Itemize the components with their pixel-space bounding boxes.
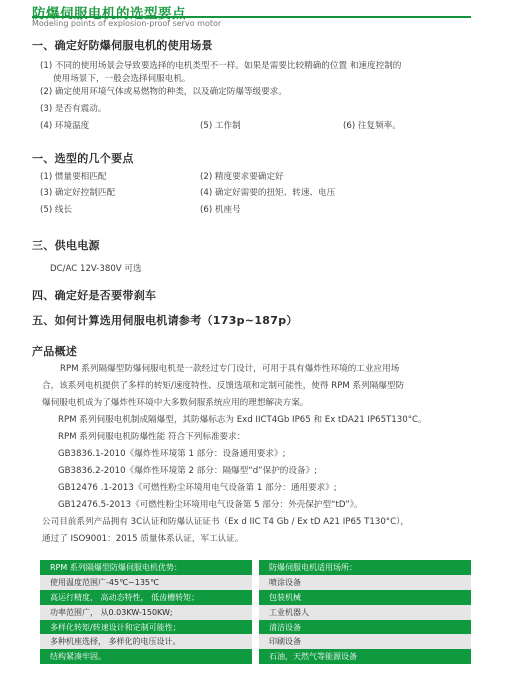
overview-line-3: 爆伺服电机成为了爆炸性环境中大多数伺服系统应用的理想解决方案。 — [42, 396, 308, 408]
applications-table: 防爆伺服电机适用场所： 喷涂设备 包装机械 工业机器人 清洁设备 印刷设备 石油… — [259, 560, 471, 664]
title-underline — [32, 16, 471, 18]
section3-heading: 三、供电电源 — [32, 237, 100, 253]
section1-item-1-cont: 使用场景下，一般会选择伺服电机。 — [53, 72, 191, 84]
advantages-row: 结构紧凑牢固。 — [40, 649, 252, 664]
overview-heading: 产品概述 — [32, 343, 77, 359]
power-supply-text: DC/AC 12V-380V 可选 — [50, 262, 142, 274]
overview-line-10: 公司目前系列产品拥有 3C认证和防爆认证证书（Ex d IIC T4 Gb / … — [42, 515, 409, 527]
overview-line-7: GB3836.2-2010《爆炸性环境第 2 部分：隔爆型“d”保护的设备》; — [58, 464, 317, 476]
advantages-row: 功率范围广， 从0.03KW-150KW; — [40, 605, 252, 620]
section1-item-6: (6) 往复频率。 — [343, 119, 401, 131]
section1-item-5: (5) 工作制 — [200, 119, 241, 131]
advantages-row: 高运行精度， 高动态特性， 低齿槽转矩； — [40, 590, 252, 605]
overview-line-1: RPM 系列隔爆型防爆伺服电机是一款经过专门设计，可用于具有爆炸性环境的工业应用… — [60, 362, 399, 374]
overview-line-6: GB3836.1-2010《爆炸性环境第 1 部分：设备通用要求》; — [58, 447, 286, 459]
section2-item-3: (3) 确定好控制匹配 — [40, 186, 115, 198]
applications-row: 工业机器人 — [259, 605, 471, 620]
overview-line-2: 合，该系列电机提供了多样的转矩/速度特性、反馈选项和定制可能性，使得 RPM 系… — [42, 379, 404, 391]
advantages-row: 多种机座选择， 多样化的电压设计。 — [40, 634, 252, 649]
section1-item-4: (4) 环境温度 — [40, 119, 89, 131]
applications-row: 清洁设备 — [259, 620, 471, 635]
section2-item-5: (5) 线长 — [40, 203, 72, 215]
section2-item-4: (4) 确定好需要的扭矩、转速、电压 — [200, 186, 335, 198]
overview-line-9: GB12476.5-2013《可燃性粉尘环境用电气设备第 5 部分：外壳保护型“… — [58, 498, 363, 510]
section1-item-3: (3) 是否有震动。 — [40, 102, 106, 114]
overview-line-8: GB12476 .1-2013《可燃性粉尘环境用电气设备第 1 部分：通用要求》… — [58, 481, 337, 493]
overview-line-5: RPM 系列伺服电机防爆性能 符合下列标准要求： — [58, 430, 245, 442]
applications-row: 印刷设备 — [259, 634, 471, 649]
applications-header: 防爆伺服电机适用场所： — [259, 560, 471, 575]
section2-item-2: (2) 精度要求要确定好 — [200, 170, 284, 182]
section2-heading: 一、选型的几个要点 — [32, 150, 134, 166]
page-subtitle: Modeling points of explosion-proof servo… — [32, 19, 221, 28]
section1-item-2: (2) 确定使用环境气体或易燃物的种类，以及确定防爆等级要求。 — [40, 85, 287, 97]
section2-item-1: (1) 惯量要相匹配 — [40, 170, 106, 182]
section1-heading: 一、确定好防爆伺服电机的使用场景 — [32, 37, 213, 53]
advantages-row: 多样化转矩/转速设计和定制可能性； — [40, 620, 252, 635]
advantages-table: RPM 系列隔爆型防爆伺服电机优势： 使用温度范围广-45℃~135℃ 高运行精… — [40, 560, 252, 664]
section5-heading: 五、如何计算选用伺服电机请参考（173p~187p） — [32, 312, 298, 328]
section1-item-1: (1) 不同的使用场景会导致要选择的电机类型不一样。如果是需要比较精确的位置 和… — [40, 59, 401, 71]
applications-row: 包装机械 — [259, 590, 471, 605]
applications-row: 石油，天然气等能源设备 — [259, 649, 471, 664]
applications-row: 喷涂设备 — [259, 575, 471, 590]
overview-line-11: 通过了 ISO9001：2015 质量体系认证，军工认证。 — [42, 532, 243, 544]
advantages-header: RPM 系列隔爆型防爆伺服电机优势： — [40, 560, 252, 575]
section2-item-6: (6) 机座号 — [200, 203, 241, 215]
section4-heading: 四、确定好是否要带刹车 — [32, 287, 156, 303]
advantages-row: 使用温度范围广-45℃~135℃ — [40, 575, 252, 590]
overview-line-4: RPM 系列伺服电机制成隔爆型，其防爆标志为 Exd IICT4Gb IP65 … — [58, 413, 427, 425]
